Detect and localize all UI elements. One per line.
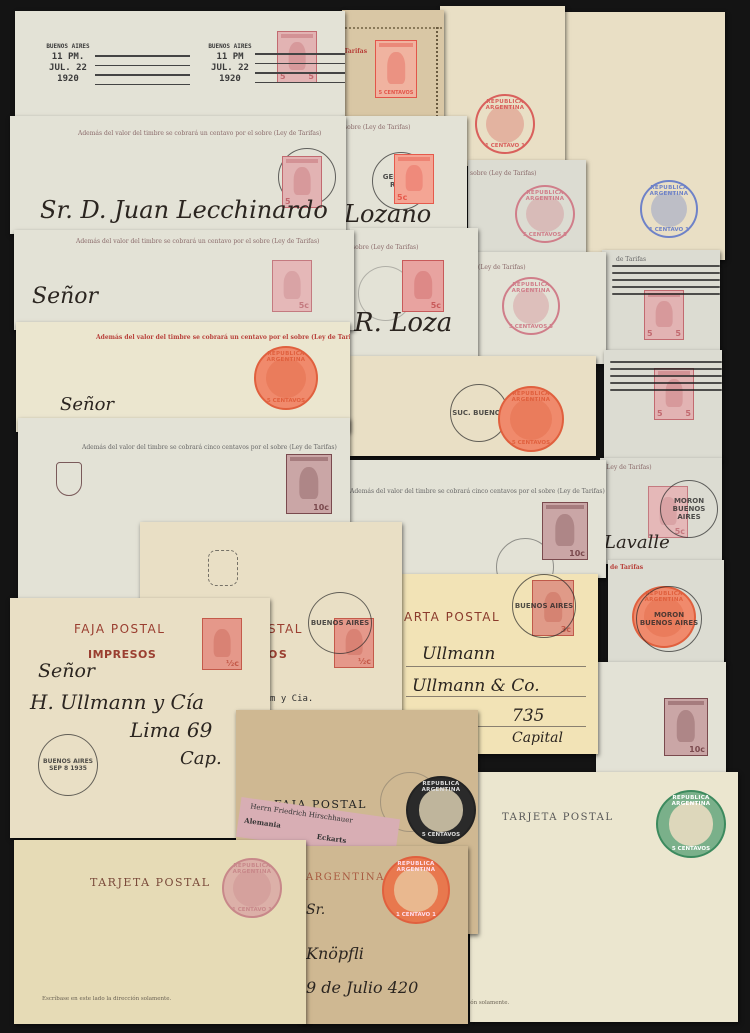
stamp-embossed-black: REPUBLICA ARGENTINA 5 CENTAVOS bbox=[406, 776, 476, 844]
tarjeta-postal-rose-1c: TARJETA POSTAL REPUBLICA ARGENTINA 1 CEN… bbox=[14, 840, 306, 1024]
postmark: BUENOS AIRES bbox=[512, 574, 576, 638]
portrait-icon bbox=[406, 165, 423, 192]
handwritten-address: Cap. bbox=[180, 748, 222, 769]
card-title: TARJETA POSTAL bbox=[90, 876, 211, 889]
handwritten-address: H. Ullmann y Cía bbox=[30, 690, 204, 714]
stamp-value: 1 CENTAVO 1 bbox=[642, 227, 696, 233]
tariff-note: sobre (Ley de Tarifas) bbox=[470, 170, 536, 177]
stamp-printed-rivadavia: 10c bbox=[664, 698, 708, 756]
handwritten-address: Lavalle bbox=[604, 532, 670, 553]
handwritten-address: Señor bbox=[38, 660, 95, 682]
tariff-note: sobre (Ley de Tarifas) bbox=[352, 244, 418, 251]
envelope-rivadavia-10c-right: 10c bbox=[596, 662, 726, 774]
portrait-icon bbox=[656, 301, 673, 328]
perforation bbox=[342, 27, 442, 29]
perforation bbox=[436, 27, 438, 117]
stamp-legend: REPUBLICA ARGENTINA bbox=[517, 190, 573, 202]
handwritten-address: Señor bbox=[32, 284, 98, 309]
tariff-note: (Ley de Tarifas) bbox=[604, 464, 652, 471]
postmark: BUENOS AIRES bbox=[308, 592, 372, 654]
portrait-icon bbox=[677, 710, 695, 741]
stamp-printed-rose: 5c bbox=[402, 260, 444, 312]
tariff-note: Además del valor del timbre se cobrará u… bbox=[96, 334, 350, 341]
tariff-note: (Ley de Tarifas) bbox=[478, 264, 526, 271]
stamp-printed-rivadavia: 10c bbox=[542, 502, 588, 560]
stamp-value: 1 CENTAVO 1 bbox=[384, 912, 448, 918]
wavy-machine-cancel bbox=[610, 356, 722, 396]
stamp-printed-red: 5c bbox=[394, 154, 434, 204]
stamp-legend: REPUBLICA ARGENTINA bbox=[384, 861, 448, 873]
tariff-note: Además del valor del timbre se cobrará c… bbox=[350, 488, 605, 495]
machine-cancel-dial: BUENOS AIRES 11 PM. JUL. 22 1920 bbox=[33, 41, 103, 85]
envelope-moron-orange-liberty: de Tarifas REPUBLICA ARGENTINA MORON BUE… bbox=[608, 560, 724, 664]
tariff-note: Además del valor del timbre se cobrará u… bbox=[78, 130, 321, 137]
postmark: BUENOS AIRES SEP 8 1935 bbox=[38, 734, 98, 796]
wrapper-title: FAJA POSTAL bbox=[74, 622, 165, 636]
stamp-value: 5 CENTAVOS bbox=[408, 832, 474, 838]
wrapper-subtitle: IMPRESOS bbox=[88, 648, 156, 661]
stamp-embossed-rose: REPUBLICA ARGENTINA 5 CENTAVOS 5 bbox=[515, 185, 575, 243]
postmark: MORON BUENOS AIRES bbox=[636, 586, 702, 652]
handwritten-address: Knöpfli bbox=[306, 944, 364, 963]
tariff-note: sobre (Ley de Tarifas) bbox=[344, 124, 410, 131]
stamp-legend: REPUBLICA ARGENTINA bbox=[658, 795, 724, 807]
portrait-icon bbox=[299, 467, 318, 499]
portrait-icon bbox=[414, 271, 432, 299]
envelope-orange-suc-buenos: SUC. BUENOS REPUBLICA ARGENTINA 5 CENTAV… bbox=[350, 356, 596, 456]
stamp-legend: REPUBLICA ARGENTINA bbox=[642, 185, 696, 197]
liberty-head-icon bbox=[394, 868, 438, 912]
handwritten-address: 735 bbox=[512, 706, 544, 726]
posthorn-crest-icon bbox=[56, 462, 82, 496]
stamp-legend: REPUBLICA ARGENTINA bbox=[500, 391, 562, 403]
card-footnote: Escríbase en este lado la dirección sola… bbox=[470, 1000, 509, 1006]
stamp-value: 1 CENTAVO 1 bbox=[224, 907, 280, 913]
handwritten-address: Sr. bbox=[306, 902, 325, 918]
stamp-printed-plowman: ½c bbox=[202, 618, 242, 670]
stamp-value: 5 CENTAVOS 5 bbox=[517, 232, 573, 238]
machine-cancel-lines bbox=[95, 47, 190, 93]
handwritten-address: Lozano bbox=[344, 200, 431, 228]
stamp-legend: REPUBLICA ARGENTINA bbox=[408, 781, 474, 793]
stamp-embossed-blue: REPUBLICA ARGENTINA 1 CENTAVO 1 bbox=[640, 180, 698, 238]
envelope-wavy-cancel-5c-b: 55 bbox=[604, 350, 722, 462]
envelope-rose-5-centavos: sobre (Ley de Tarifas) REPUBLICA ARGENTI… bbox=[468, 160, 586, 260]
handwritten-address: Ullmann bbox=[422, 644, 495, 664]
stamp-legend: REPUBLICA ARGENTINA bbox=[504, 282, 558, 294]
plowman-icon bbox=[284, 271, 301, 299]
address-line bbox=[406, 696, 586, 697]
handwritten-address: Señor bbox=[60, 394, 114, 415]
envelope-r-loza-5c: sobre (Ley de Tarifas) 5c R. Loza bbox=[350, 228, 478, 360]
faja-postal-impresos: FAJA POSTAL IMPRESOS ½c Señor H. Ullmann… bbox=[10, 598, 270, 838]
stamp-legend: REPUBLICA ARGENTINA bbox=[224, 863, 280, 875]
envelope-sr-d-5c: Además del valor del timbre se cobrará u… bbox=[10, 116, 346, 234]
portrait-icon bbox=[294, 167, 311, 195]
card-letter-5-centavos: Tarifas 5 CENTAVOS bbox=[342, 10, 444, 118]
handwritten-address: R. Loza bbox=[354, 308, 452, 338]
stamp-printed-red: 5 CENTAVOS bbox=[375, 40, 417, 98]
tariff-note: Además del valor del timbre se cobrará u… bbox=[76, 238, 319, 245]
stamp-embossed-rose: REPUBLICA ARGENTINA 5 CENTAVOS 5 bbox=[502, 277, 560, 335]
envelope-machine-cancel-1920: BUENOS AIRES 11 PM. JUL. 22 1920 BUENOS … bbox=[15, 11, 345, 116]
handwritten-address: Lima 69 bbox=[130, 718, 212, 742]
liberty-head-icon bbox=[510, 398, 552, 440]
stamp-printed-rivadavia: 10c bbox=[286, 454, 332, 514]
card-title-fragment: ARGENTINA bbox=[306, 872, 385, 883]
liberty-head-icon bbox=[669, 802, 714, 846]
postmark-dotted bbox=[208, 550, 238, 586]
wrapper-subtitle-fragment: OS bbox=[268, 648, 288, 661]
stamp-embossed-rose: REPUBLICA ARGENTINA 1 CENTAVO 1 bbox=[222, 858, 282, 918]
stamp-legend: REPUBLICA ARGENTINA bbox=[477, 99, 533, 111]
stamp-embossed-orange: REPUBLICA ARGENTINA 5 CENTAVOS bbox=[498, 386, 564, 452]
envelope-rose-5-centavos-b: (Ley de Tarifas) REPUBLICA ARGENTINA 5 C… bbox=[474, 252, 606, 364]
card-orange-1-centavo-knopfli: ARGENTINA REPUBLICA ARGENTINA 1 CENTAVO … bbox=[302, 846, 468, 1024]
portrait-icon bbox=[555, 514, 574, 545]
address-line bbox=[406, 666, 586, 667]
stamp-embossed-orange: REPUBLICA ARGENTINA 5 CENTAVOS bbox=[254, 346, 318, 410]
envelope-senor-plowman-5c: Además del valor del timbre se cobrará u… bbox=[14, 230, 354, 330]
envelope-wavy-cancel-5c-a: de Tarifas 55 bbox=[602, 250, 720, 352]
envelope-lozano-5c: sobre (Ley de Tarifas) GENERAL ROCA 5c L… bbox=[342, 116, 467, 234]
envelope-senor-orange-liberty: Además del valor del timbre se cobrará u… bbox=[16, 322, 350, 432]
stamp-value: 1 CENTAVO 1 bbox=[477, 143, 533, 149]
stamp-value: 5 CENTAVOS bbox=[256, 398, 316, 404]
tariff-note: Tarifas bbox=[344, 48, 367, 55]
postmark: MORON BUENOS AIRES bbox=[660, 480, 718, 538]
liberty-head-icon bbox=[419, 788, 464, 832]
stamp-legend: REPUBLICA ARGENTINA bbox=[256, 351, 316, 363]
machine-cancel-lines bbox=[255, 45, 345, 91]
portrait-icon bbox=[387, 52, 405, 83]
card-title: TARJETA POSTAL bbox=[502, 812, 613, 823]
liberty-head-icon bbox=[266, 358, 307, 399]
card-title: ARTA POSTAL bbox=[404, 610, 500, 624]
stamp-embossed-rose: REPUBLICA ARGENTINA 1 CENTAVO 1 bbox=[475, 94, 535, 154]
stamp-value: 5 CENTAVOS bbox=[658, 846, 724, 852]
tarjeta-postal-green-5c: TARJETA POSTAL REPUBLICA ARGENTINA 5 CEN… bbox=[470, 772, 738, 1022]
tariff-note: de Tarifas bbox=[610, 564, 643, 571]
stamp-value: 5 CENTAVOS 5 bbox=[504, 324, 558, 330]
handwritten-address: 9 de Julio 420 bbox=[306, 978, 418, 997]
typed-address: m y Cia. bbox=[270, 694, 313, 704]
wrapper-title-fragment: STAL bbox=[268, 622, 303, 636]
handwritten-address: Sr. D. Juan Lecchinardo bbox=[40, 196, 328, 224]
card-footnote: Escríbase en este lado la dirección sola… bbox=[42, 996, 171, 1002]
envelope-moron-plowman: (Ley de Tarifas) 5c MORON BUENOS AIRES L… bbox=[600, 458, 722, 564]
stamp-value: 5 CENTAVOS bbox=[378, 90, 414, 96]
stamp-printed-plowman: 5c bbox=[272, 260, 312, 312]
stamp-embossed-green: REPUBLICA ARGENTINA 5 CENTAVOS bbox=[656, 790, 726, 858]
stamp-value: 5 CENTAVOS bbox=[500, 440, 562, 446]
plowman-icon bbox=[214, 629, 231, 657]
tariff-note: Además del valor del timbre se cobrará c… bbox=[82, 444, 337, 451]
stamp-embossed-orange: REPUBLICA ARGENTINA 1 CENTAVO 1 bbox=[382, 856, 450, 924]
handwritten-address: Capital bbox=[512, 730, 563, 746]
handwritten-address: Ullmann & Co. bbox=[412, 676, 540, 696]
wavy-machine-cancel bbox=[612, 260, 720, 300]
